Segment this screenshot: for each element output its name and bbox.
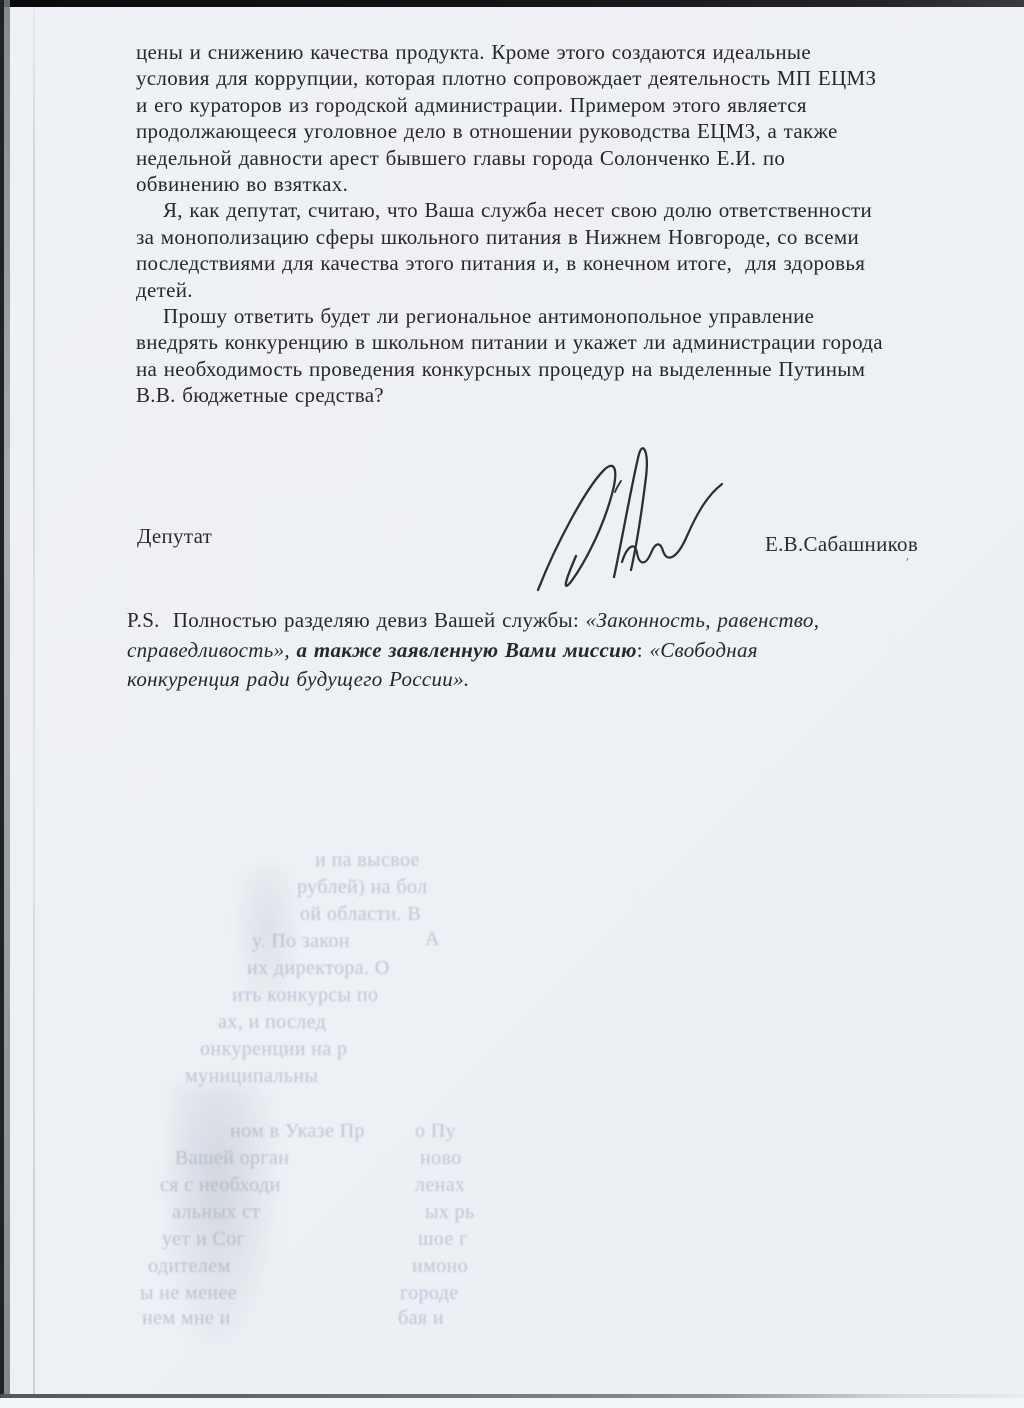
letter-line: Я, как депутат, считаю, что Ваша служба … [136,197,966,223]
letter-line: цены и снижению качества продукта. Кроме… [136,39,966,65]
postscript-segment: конкуренция ради будущего России». [127,667,469,691]
signer-role: Депутат [137,524,212,549]
scan-edge-top [0,0,1024,7]
bleed-fragment: и па высвое [315,850,420,870]
scan-edge-left-shadow [4,0,10,1408]
letter-line: за монополизацию сферы школьного питания… [136,224,966,250]
postscript-segment: «Свободная [649,638,757,662]
bleed-fragment: городе [400,1283,459,1303]
bleed-fragment: онкуренции на р [200,1039,347,1059]
postscript-line: конкуренция ради будущего России». [127,665,927,695]
letter-line: на необходимость проведения конкурсных п… [136,356,966,382]
letter-line: продолжающееся уголовное дело в отношени… [136,118,966,144]
letter-body: цены и снижению качества продукта. Кроме… [136,39,966,409]
postscript-segment: а также заявленную Вами миссию [297,638,637,662]
bleed-fragment: бая и [398,1308,444,1328]
scan-smudge [232,868,302,1018]
bleed-fragment: А [425,929,440,949]
letter-line: Прошу ответить будет ли региональное ант… [136,303,966,329]
letter-line: последствиями для качества этого питания… [136,250,966,276]
bleed-fragment: имоно [412,1256,468,1276]
bleed-fragment: ой области. В [300,904,421,924]
postscript-segment: «Законность, равенство, [586,608,820,632]
bleed-fragment: ленах [415,1175,465,1195]
postscript-segment: : [637,638,650,662]
letter-line: и его кураторов из городской администрац… [136,92,966,118]
signer-name: Е.В.Сабашников [765,532,918,557]
bleed-fragment: ново [420,1148,462,1168]
letter-line: детей. [136,277,966,303]
postscript: P.S. Полностью разделяю девиз Вашей служ… [127,606,927,695]
postscript-segment: P.S. Полностью разделяю девиз Вашей служ… [127,608,586,632]
bleed-fragment: ых рь [425,1202,475,1222]
postscript-line: P.S. Полностью разделяю девиз Вашей служ… [127,606,927,636]
bleed-fragment: шое г [418,1229,468,1249]
letter-line: недельной давности арест бывшего главы г… [136,145,966,171]
paper-crease [33,7,35,1401]
letter-line: условия для коррупции, которая плотно со… [136,65,966,91]
letter-line: внедрять конкуренцию в школьном питании … [136,329,966,355]
signature [528,440,733,605]
bleed-fragment: муниципальны [185,1066,318,1086]
letter-line: В.В. бюджетные средства? [136,382,966,408]
scanned-letter-page: и па высвоерублей) на болой области. Ву.… [0,0,1024,1408]
bleed-fragment: о Пу [415,1121,456,1141]
letter-line: обвинению во взятках. [136,171,966,197]
postscript-segment: справедливость», [127,638,297,662]
scan-smudge [168,1085,278,1355]
scan-speck: ʹ [903,556,909,572]
postscript-line: справедливость», а также заявленную Вами… [127,636,927,666]
bleed-fragment: рублей) на бол [297,877,427,897]
scan-edge-bottom-strip [0,1398,1024,1408]
